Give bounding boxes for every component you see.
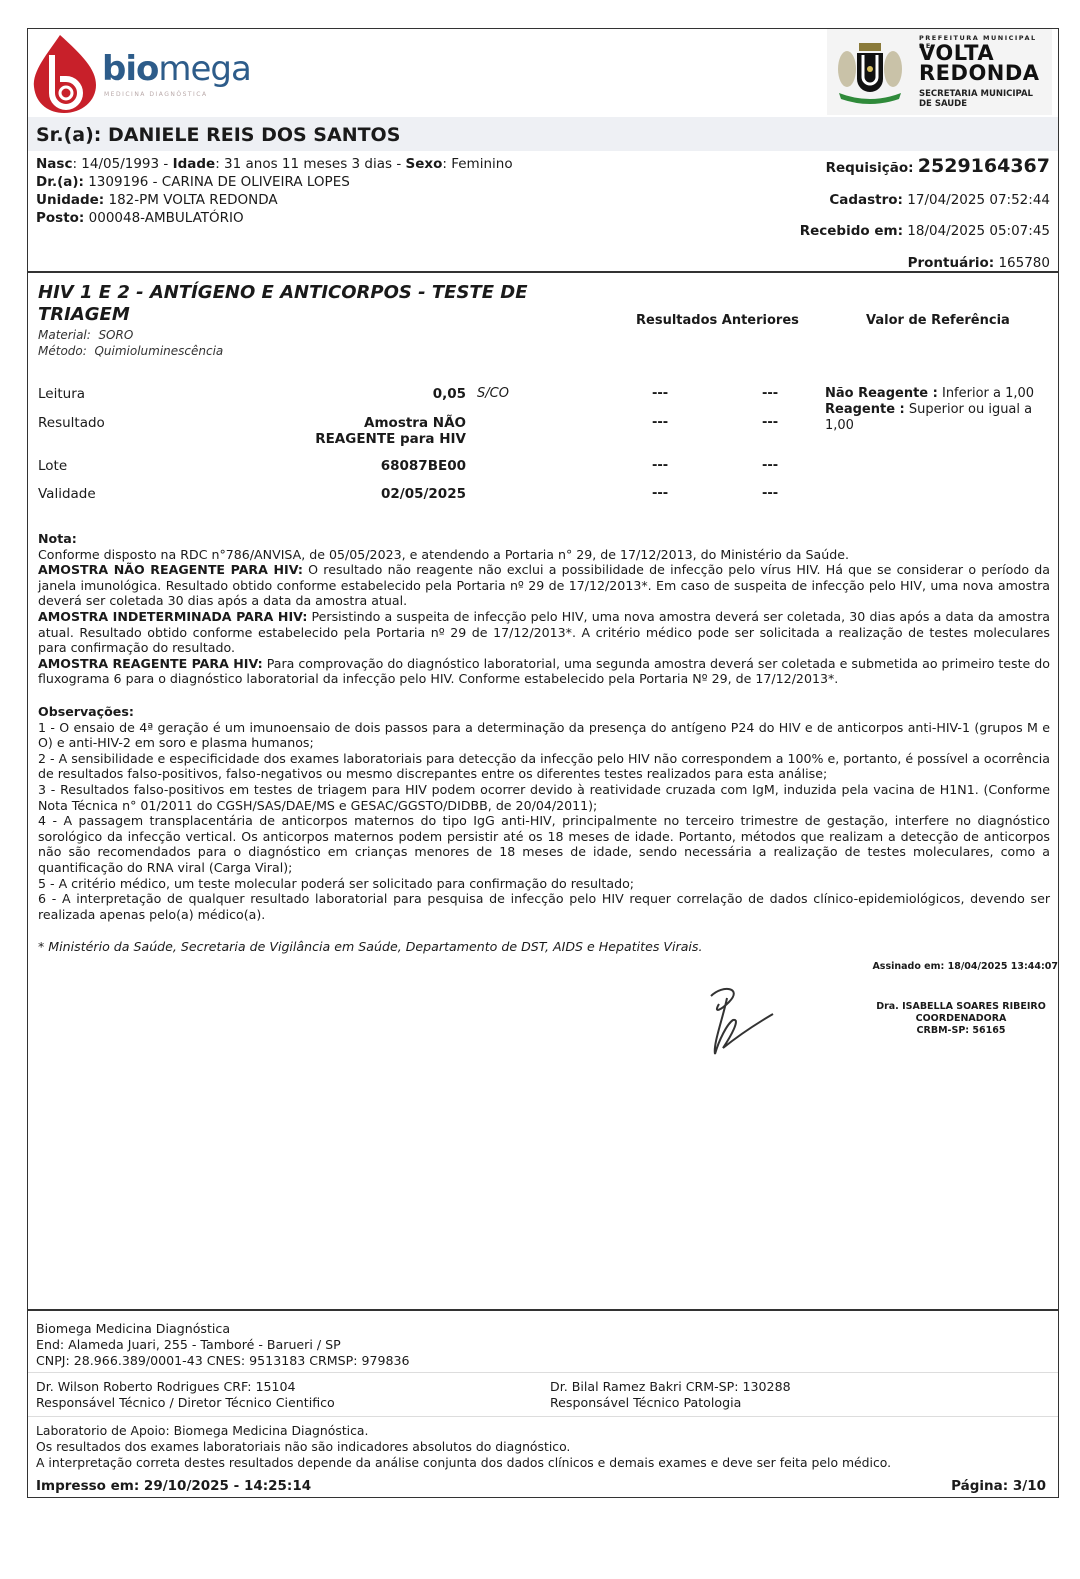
brand-tagline: MEDICINA DIAGNÓSTICA bbox=[104, 91, 208, 98]
reference-value-header: Valor de Referência bbox=[866, 313, 1010, 328]
handwritten-signature-icon bbox=[693, 974, 783, 1064]
received-date: Recebido em: 18/04/2025 05:07:45 bbox=[800, 223, 1050, 239]
footnote: * Ministério da Saúde, Secretaria de Vig… bbox=[38, 939, 702, 954]
previous-result: --- bbox=[652, 458, 668, 473]
previous-result: --- bbox=[762, 386, 778, 401]
biomega-logo: biomega MEDICINA DIAGNÓSTICA bbox=[30, 33, 250, 115]
row-label-reading: Leitura bbox=[38, 386, 85, 402]
patient-demographics: Nasc: 14/05/1993 - Idade: 31 anos 11 mes… bbox=[36, 155, 513, 173]
observation-item: 6 - A interpretação de qualquer resultad… bbox=[38, 891, 1050, 922]
validity-value: 02/05/2025 bbox=[381, 486, 466, 502]
patient-post: Posto: 000048-AMBULATÓRIO bbox=[36, 209, 513, 227]
medical-record: Prontuário: 165780 bbox=[908, 255, 1050, 271]
report-header: biomega MEDICINA DIAGNÓSTICA PREFEITURA … bbox=[28, 29, 1058, 117]
municipality-name: VOLTA REDONDA bbox=[919, 43, 1040, 83]
observations-section: Observações: 1 - O ensaio de 4ª geração … bbox=[38, 704, 1050, 922]
reading-value: 0,05 bbox=[433, 386, 466, 402]
footer-divider bbox=[28, 1309, 1058, 1311]
row-label-result: Resultado bbox=[38, 415, 105, 431]
registration-date: Cadastro: 17/04/2025 07:52:44 bbox=[829, 192, 1050, 208]
footer-row-divider bbox=[28, 1372, 1058, 1373]
exam-meta: Material: SORO Método: Quimioluminescênc… bbox=[38, 327, 223, 359]
previous-results-header: Resultados Anteriores bbox=[636, 313, 799, 328]
disclaimer: Laboratorio de Apoio: Biomega Medicina D… bbox=[36, 1423, 891, 1471]
patient-unit: Unidade: 182-PM VOLTA REDONDA bbox=[36, 191, 513, 209]
observation-item: 4 - A passagem transplacentária de antic… bbox=[38, 813, 1050, 875]
signed-timestamp: Assinado em: 18/04/2025 13:44:07 bbox=[872, 961, 1058, 972]
reading-unit: S/CO bbox=[477, 386, 509, 401]
divider bbox=[28, 271, 1058, 273]
previous-result: --- bbox=[652, 486, 668, 501]
patient-name: Sr.(a): DANIELE REIS DOS SANTOS bbox=[36, 124, 400, 146]
row-label-validity: Validade bbox=[38, 486, 96, 502]
footer-row-divider bbox=[28, 1416, 1058, 1417]
observation-item: 1 - O ensaio de 4ª geração é um imunoens… bbox=[38, 720, 1050, 751]
previous-result: --- bbox=[652, 415, 668, 430]
note-section: Nota: Conforme disposto na RDC n°786/ANV… bbox=[38, 531, 1050, 687]
company-info: Biomega Medicina Diagnóstica End: Alamed… bbox=[36, 1321, 410, 1369]
patient-info: Nasc: 14/05/1993 - Idade: 31 anos 11 mes… bbox=[36, 155, 513, 227]
previous-result: --- bbox=[762, 486, 778, 501]
previous-result: --- bbox=[652, 386, 668, 401]
signer-info: Dra. ISABELLA SOARES RIBEIRO COORDENADOR… bbox=[866, 1001, 1056, 1037]
request-number: Requisição: 2529164367 bbox=[826, 155, 1050, 177]
department-name: SECRETARIA MUNICIPAL DE SAUDE bbox=[919, 89, 1033, 109]
lab-report-page: biomega MEDICINA DIAGNÓSTICA PREFEITURA … bbox=[27, 28, 1059, 1498]
exam-title: HIV 1 E 2 - ANTÍGENO E ANTICORPOS - TEST… bbox=[38, 282, 598, 326]
technical-responsible-1: Dr. Wilson Roberto Rodrigues CRF: 15104 … bbox=[36, 1379, 335, 1411]
observation-item: 2 - A sensibilidade e especificidade dos… bbox=[38, 751, 1050, 782]
result-value: Amostra NÃO REAGENTE para HIV bbox=[315, 415, 466, 447]
row-label-lot: Lote bbox=[38, 458, 67, 474]
observation-item: 3 - Resultados falso-positivos em testes… bbox=[38, 782, 1050, 813]
previous-result: --- bbox=[762, 458, 778, 473]
printed-timestamp: Impresso em: 29/10/2025 - 14:25:14 bbox=[36, 1478, 311, 1494]
brand-name: biomega bbox=[102, 49, 251, 89]
blood-drop-b-icon bbox=[30, 33, 100, 115]
patient-doctor: Dr.(a): 1309196 - CARINA DE OLIVEIRA LOP… bbox=[36, 173, 513, 191]
coat-of-arms-icon bbox=[833, 35, 907, 109]
lot-value: 68087BE00 bbox=[381, 458, 466, 474]
technical-responsible-2: Dr. Bilal Ramez Bakri CRM-SP: 130288 Res… bbox=[550, 1379, 791, 1411]
page-number: Página: 3/10 bbox=[951, 1478, 1046, 1494]
observation-item: 5 - A critério médico, um teste molecula… bbox=[38, 876, 1050, 892]
previous-result: --- bbox=[762, 415, 778, 430]
volta-redonda-logo: PREFEITURA MUNICIPAL DE VOLTA REDONDA SE… bbox=[827, 29, 1052, 115]
reference-values: Não Reagente : Inferior a 1,00 Reagente … bbox=[825, 386, 1050, 434]
